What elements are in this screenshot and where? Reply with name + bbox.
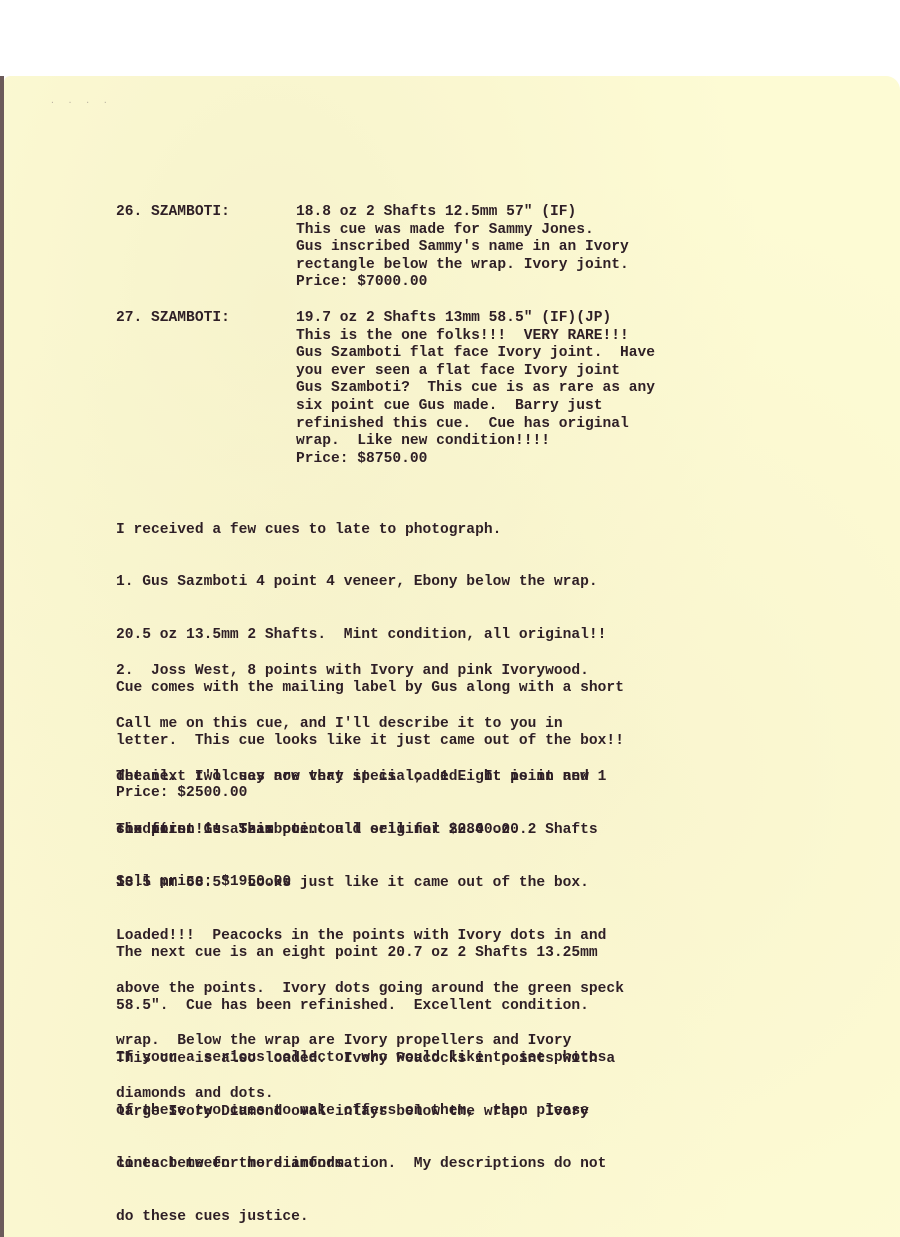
entry-line: you ever seen a flat face Ivory joint [296, 363, 655, 381]
paragraph-line: The first is a six point all original 20… [116, 822, 624, 840]
paragraph-line: Call me on this cue, and I'll describe i… [116, 716, 589, 734]
cue-entry-26: 26. SZAMBOTI: 18.8 oz 2 Shafts 12.5mm 57… [116, 204, 629, 292]
paragraph-line: of these two cues to make offers on them… [116, 1103, 606, 1121]
entry-price: Price: $7000.00 [296, 274, 629, 292]
paragraph-line: 2. Joss West, 8 points with Ivory and pi… [116, 663, 589, 681]
paper-specks: . . . . [50, 96, 112, 105]
entry-line: This cue was made for Sammy Jones. [296, 222, 629, 240]
paragraph-line: I received a few cues to late to photogr… [116, 522, 501, 540]
entry-description: 19.7 oz 2 Shafts 13mm 58.5" (IF)(JP) Thi… [296, 310, 655, 468]
entry-description: 18.8 oz 2 Shafts 12.5mm 57" (IF) This cu… [296, 204, 629, 292]
entry-line: six point cue Gus made. Barry just [296, 398, 655, 416]
entry-line: Gus Szamboti flat face Ivory joint. Have [296, 345, 655, 363]
entry-line: refinished this cue. Cue has original [296, 416, 655, 434]
entry-line: wrap. Like new condition!!!! [296, 433, 655, 451]
closing-paragraph: If your a serious collector who would li… [116, 1015, 606, 1237]
cue-entry-27: 27. SZAMBOTI: 19.7 oz 2 Shafts 13mm 58.5… [116, 310, 655, 468]
paragraph-line: If your a serious collector who would li… [116, 1050, 606, 1068]
paragraph-line: The next two cues are very special; 1 Ei… [116, 769, 606, 787]
entry-price: Price: $8750.00 [296, 451, 655, 469]
paragraph-line: The next cue is an eight point 20.7 oz 2… [116, 945, 615, 963]
paragraph-line: 13.5 mm 58.5" Looks just like it came ou… [116, 875, 624, 893]
entry-line: rectangle below the wrap. Ivory joint. [296, 257, 629, 275]
entry-label: 26. SZAMBOTI: [116, 204, 296, 292]
paragraph-line: contact me for more information. My desc… [116, 1156, 606, 1174]
paragraph-line: 1. Gus Sazmboti 4 point 4 veneer, Ebony … [116, 574, 624, 592]
entry-line: 18.8 oz 2 Shafts 12.5mm 57" (IF) [296, 204, 629, 222]
paragraph-line: do these cues justice. [116, 1209, 606, 1227]
entry-line: Gus inscribed Sammy's name in an Ivory [296, 239, 629, 257]
entry-line: Gus Szamboti? This cue is as rare as any [296, 380, 655, 398]
entry-line: 19.7 oz 2 Shafts 13mm 58.5" (IF)(JP) [296, 310, 655, 328]
entry-line: This is the one folks!!! VERY RARE!!! [296, 328, 655, 346]
entry-label: 27. SZAMBOTI: [116, 310, 296, 468]
paragraph-line: 58.5". Cue has been refinished. Excellen… [116, 998, 615, 1016]
